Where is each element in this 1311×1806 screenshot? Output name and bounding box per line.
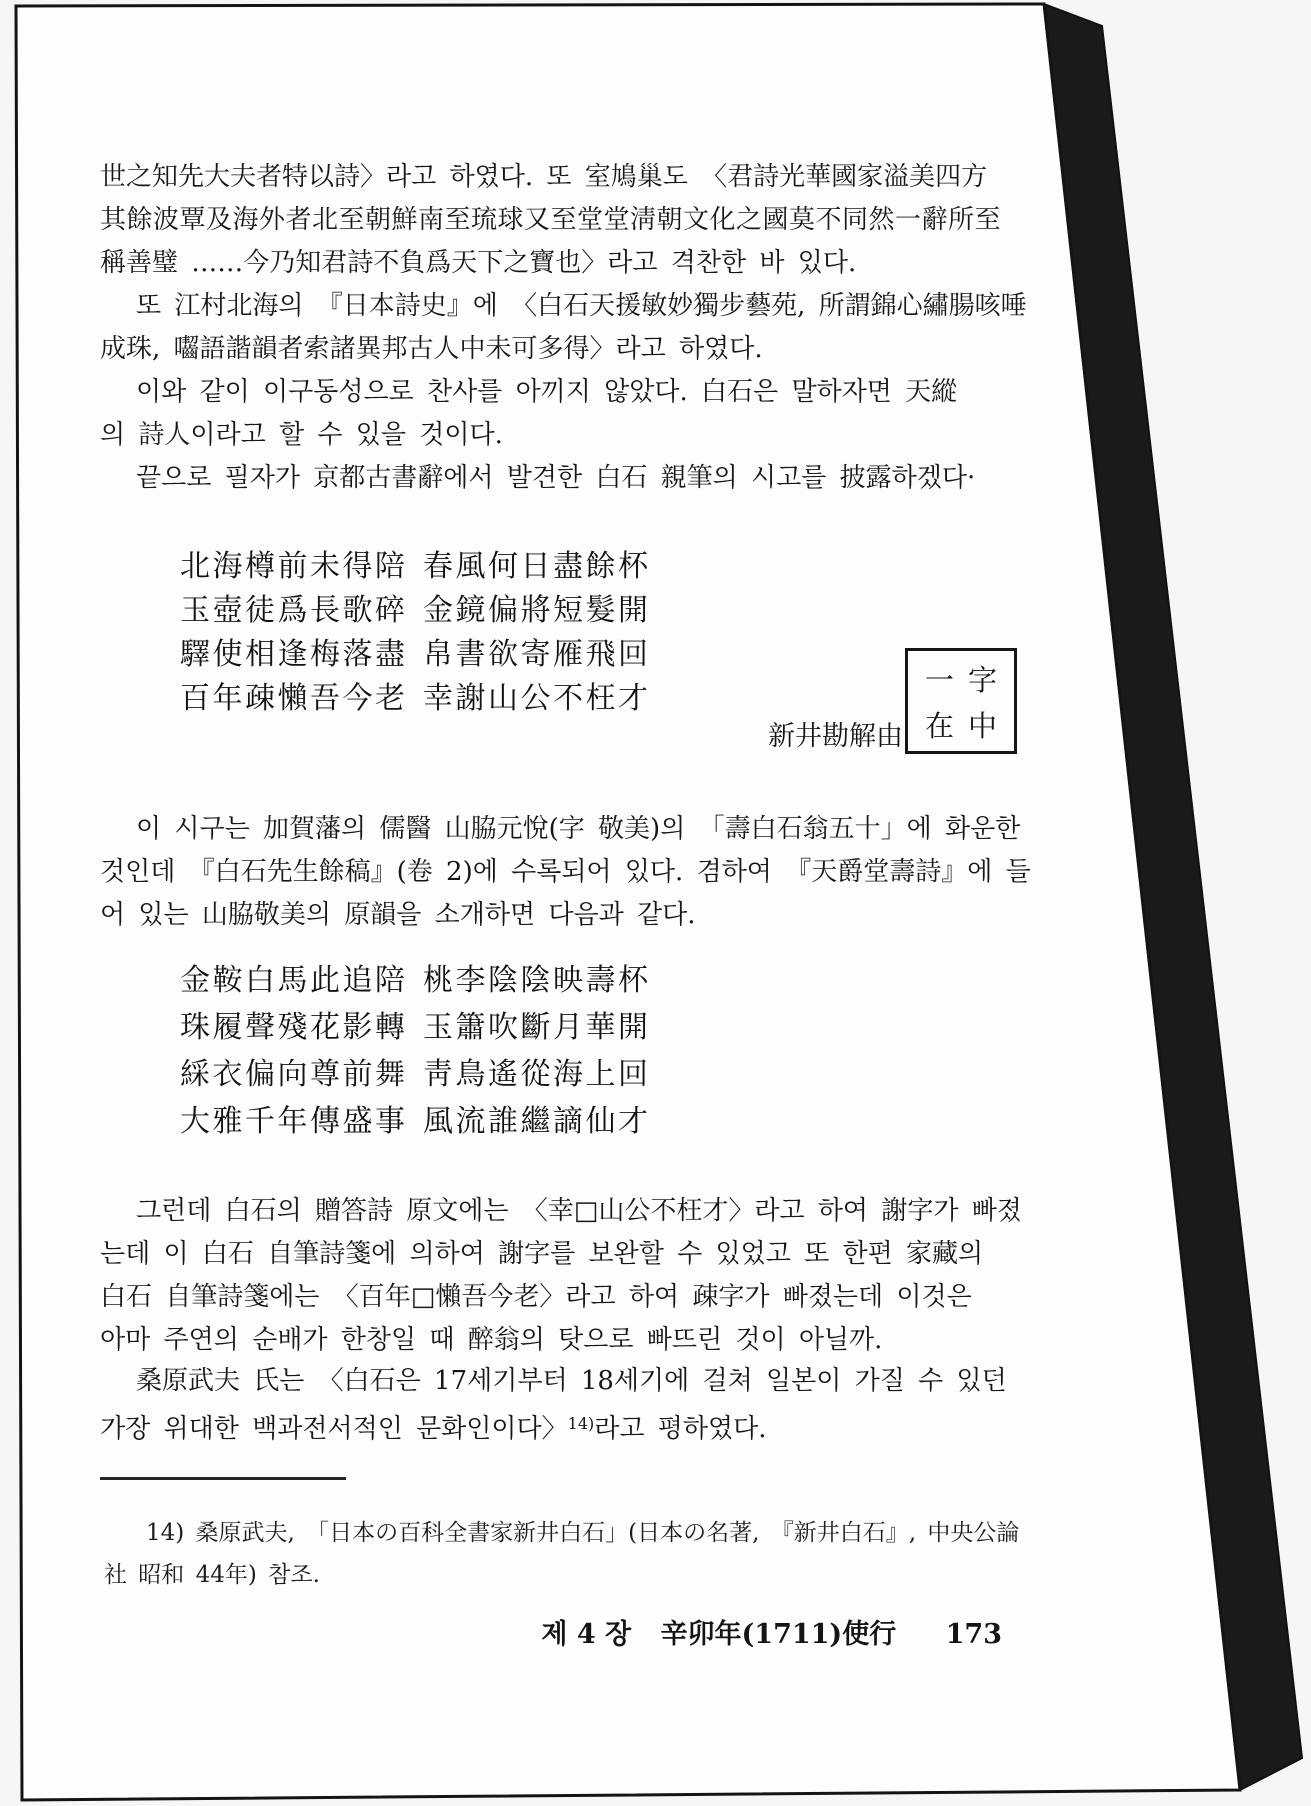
body-line: 아마 주연의 순배가 한창일 때 醉翁의 탓으로 빠뜨린 것이 아닐까. xyxy=(100,1323,882,1357)
body-line: 成珠, 囓語諧韻者索諸異邦古人中未可多得〉라고 하였다. xyxy=(100,332,763,366)
poem2-line-left: 金鞍白馬此追陪 xyxy=(180,962,408,1000)
body-text: 라고 평하였다. xyxy=(594,1414,766,1444)
body-line: 世之知先大夫者特以詩〉라고 하였다. 또 室鳩巢도 〈君詩光華國家溢美四方 xyxy=(100,160,987,194)
body-line: 는데 이 白石 自筆詩箋에 의하여 謝字를 보완할 수 있었고 또 한편 家藏의 xyxy=(100,1237,983,1271)
footnote-line: 社 昭和 44年) 참조. xyxy=(104,1560,320,1590)
poem1-line-right: 春風何日盡餘杯 xyxy=(423,548,651,586)
annotation-box: 一 字 在 中 xyxy=(905,648,1017,754)
scanned-book-page: 世之知先大夫者特以詩〉라고 하였다. 또 室鳩巢도 〈君詩光華國家溢美四方 其餘… xyxy=(0,0,1311,1806)
annotation-char: 在 xyxy=(925,704,954,745)
poet-signature: 新井勘解由 xyxy=(765,714,903,753)
footnote-divider xyxy=(100,1477,346,1480)
poem2-line-left: 大雅千年傳盛事 xyxy=(180,1103,408,1141)
section-title: 辛卯年(1711)使行 xyxy=(661,1619,897,1650)
poem2-line-right: 玉簫吹斷月華開 xyxy=(423,1009,651,1047)
body-line: 그런데 白石의 贈答詩 原文에는 〈幸□山公不枉才〉라고 하여 謝字가 빠졌 xyxy=(100,1194,1022,1228)
annotation-char: 一 xyxy=(925,658,954,699)
poem1-line-left: 玉壺徒爲長歌碎 xyxy=(180,592,408,630)
body-line: 가장 위대한 백과전서적인 문화인이다〉14)라고 평하였다. xyxy=(100,1407,767,1446)
body-line: 이와 같이 이구동성으로 찬사를 아끼지 않았다. 白石은 말하자면 天縱 xyxy=(100,375,957,409)
annotation-char: 字 xyxy=(968,658,997,699)
footnote-ref: 14) xyxy=(568,1414,595,1433)
poem2-line-right: 靑鳥遙從海上回 xyxy=(423,1056,651,1094)
page-footer: 제 4 장 辛卯年(1711)使行 173 xyxy=(100,1612,1002,1651)
body-line: 의 詩人이라고 할 수 있을 것이다. xyxy=(100,418,503,452)
body-line: 桑原武夫 氏는 〈白石은 17세기부터 18세기에 걸쳐 일본이 가질 수 있던 xyxy=(100,1364,1007,1398)
body-line: 끝으로 필자가 京都古書辭에서 발견한 白石 親筆의 시고를 披露하겠다· xyxy=(100,461,975,495)
poem1-line-right: 金鏡偏將短髮開 xyxy=(423,592,651,630)
poem1-line-left: 驛使相逢梅落盡 xyxy=(180,636,408,674)
annotation-char: 中 xyxy=(968,704,997,745)
body-line: 이 시구는 加賀藩의 儒醫 山脇元悅(字 敬美)의 「壽白石翁五十」에 화운한 xyxy=(100,812,1020,846)
poem1-line-right: 帛書欲寄雁飛回 xyxy=(423,636,651,674)
poem2-line-right: 風流誰繼謫仙才 xyxy=(423,1103,651,1141)
poem1-line-right: 幸謝山公不枉才 xyxy=(423,680,651,718)
body-line: 어 있는 山脇敬美의 原韻을 소개하면 다음과 같다. xyxy=(100,898,695,932)
poem2-line-left: 綵衣偏向尊前舞 xyxy=(180,1056,408,1094)
body-line: 것인데 『白石先生餘稿』(卷 2)에 수록되어 있다. 겸하여 『天爵堂壽詩』에… xyxy=(100,855,1031,889)
body-line: 또 江村北海의 『日本詩史』에 〈白石天援敏妙獨步藝苑, 所謂錦心繡腸咳唾 xyxy=(100,289,1027,323)
body-text: 가장 위대한 백과전서적인 문화인이다〉 xyxy=(100,1414,568,1444)
page-number: 173 xyxy=(946,1619,1002,1650)
footnote-line: 14) 桑原武夫, 「日本の百科全書家新井白石」(日本の名著, 『新井白石』, … xyxy=(104,1518,1019,1548)
poem2-line-left: 珠履聲殘花影轉 xyxy=(180,1009,408,1047)
poem1-line-left: 北海樽前未得陪 xyxy=(180,548,408,586)
poem2-line-right: 桃李陰陰映壽杯 xyxy=(423,962,651,1000)
poem1-line-left: 百年疎懶吾今老 xyxy=(180,680,408,718)
body-line: 稱善璧 ……今乃知君詩不負爲天下之寶也〉라고 격찬한 바 있다. xyxy=(100,246,856,280)
body-line: 其餘波覃及海外者北至朝鮮南至琉球又至堂堂淸朝文化之國莫不同然一辭所至 xyxy=(100,203,1001,237)
chapter-label: 제 4 장 xyxy=(541,1619,631,1650)
body-line: 白石 自筆詩箋에는 〈百年□懶吾今老〉라고 하여 疎字가 빠졌는데 이것은 xyxy=(100,1280,972,1314)
